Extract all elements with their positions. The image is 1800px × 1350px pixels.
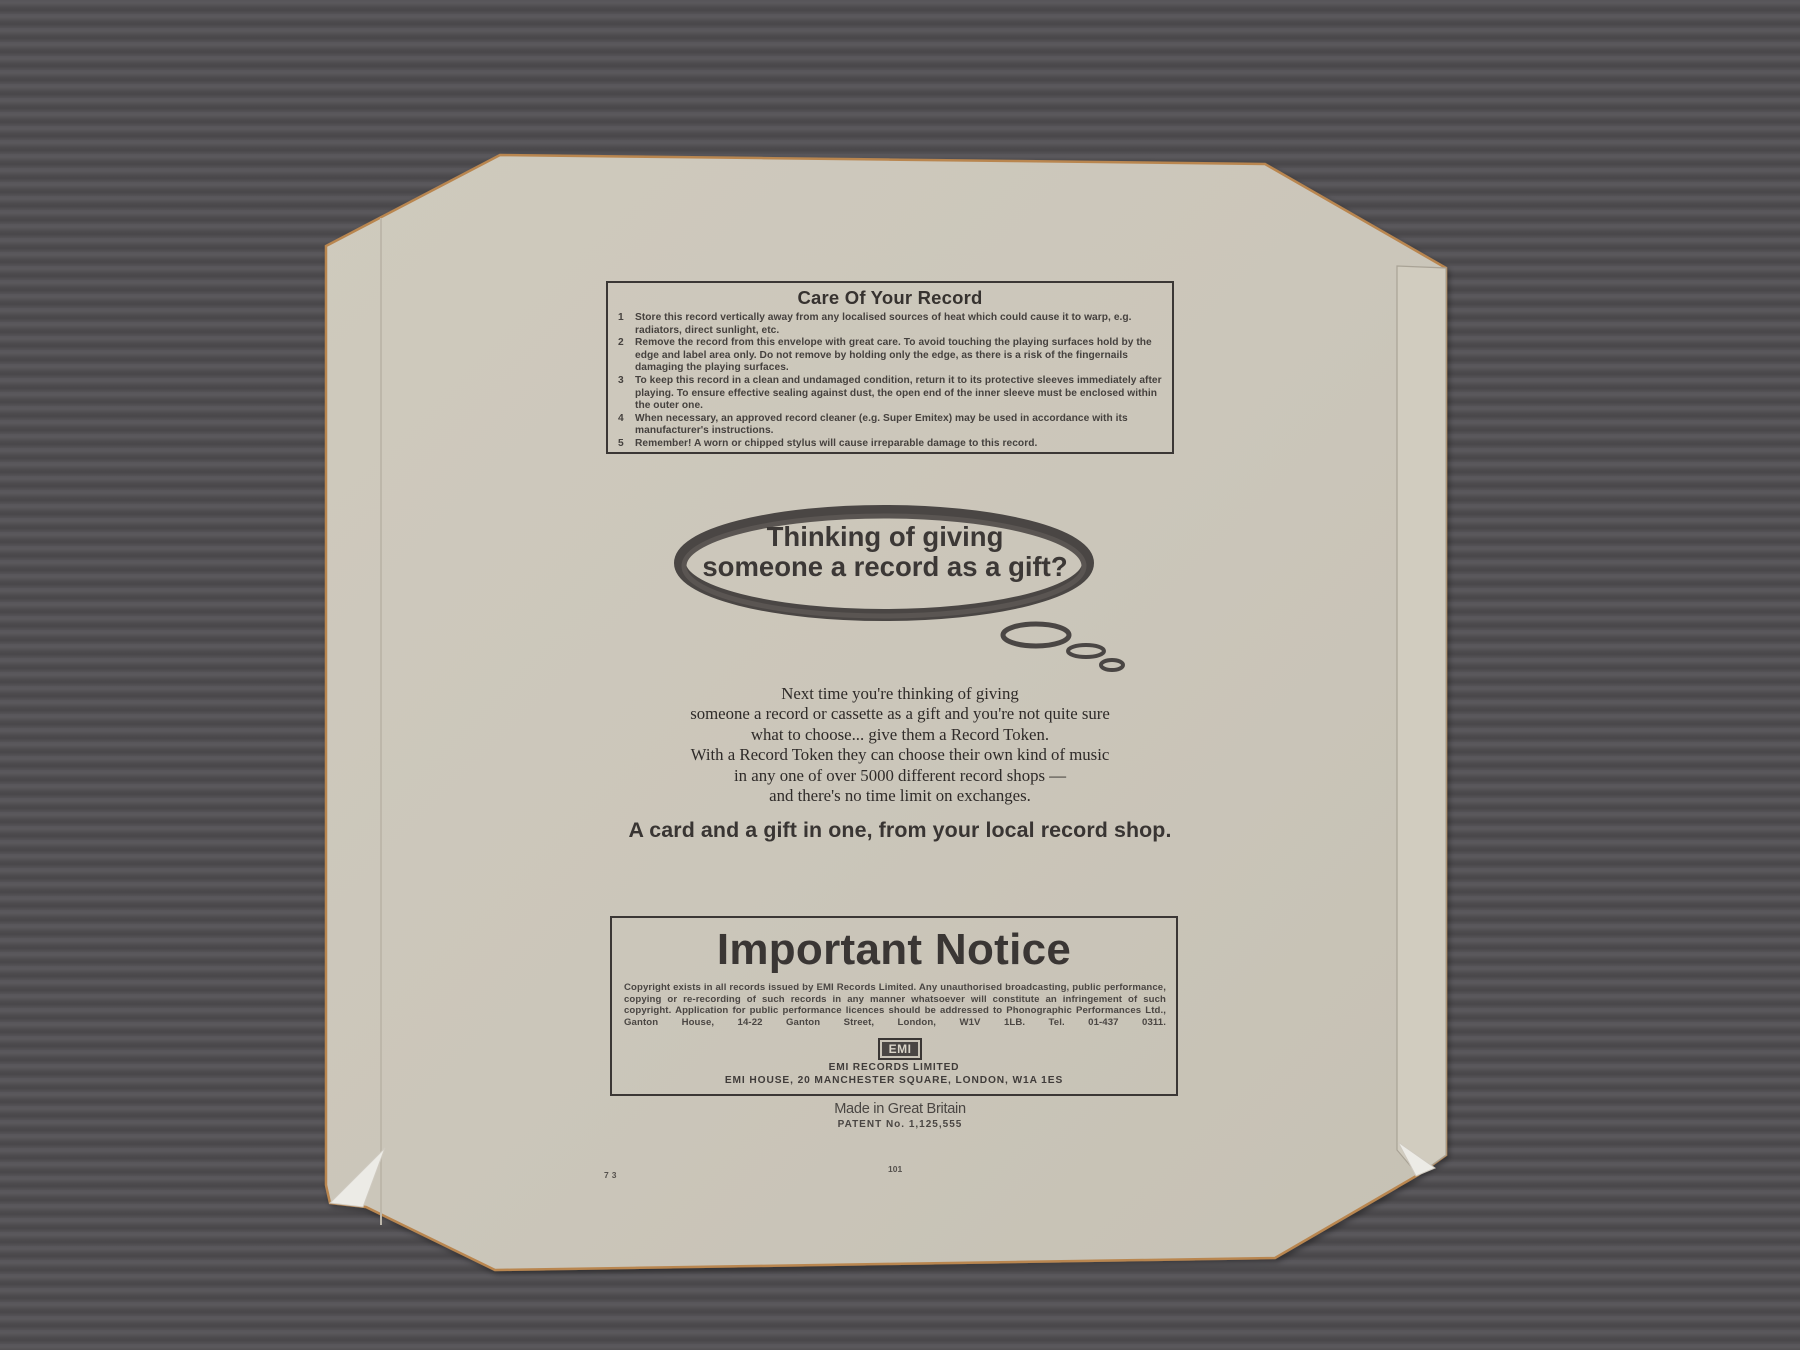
right-flap [1397, 266, 1446, 1175]
care-item-number: 2 [618, 337, 635, 375]
care-item-number: 4 [618, 413, 635, 438]
care-item-text: Store this record vertically away from a… [635, 312, 1162, 337]
care-list: 1 Store this record vertically away from… [618, 312, 1162, 451]
care-item: 4 When necessary, an approved record cle… [618, 413, 1162, 438]
ad-line: Next time you're thinking of giving [620, 684, 1180, 704]
care-item-number: 5 [618, 438, 635, 451]
ad-line: in any one of over 5000 different record… [620, 766, 1180, 786]
care-item-text: Remove the record from this envelope wit… [635, 337, 1162, 375]
emi-logo-text: EMI [882, 1042, 918, 1056]
ad-line: someone a record or cassette as a gift a… [620, 704, 1180, 724]
scene: Care Of Your Record 1 Store this record … [0, 0, 1800, 1350]
care-item-text: When necessary, an approved record clean… [635, 413, 1162, 438]
notice-title: Important Notice [612, 925, 1176, 975]
record-token-ad: Next time you're thinking of giving some… [620, 684, 1180, 806]
care-item: 3 To keep this record in a clean and und… [618, 375, 1162, 413]
made-in-label: Made in Great Britain [760, 1101, 1040, 1117]
print-code-center: 101 [888, 1164, 902, 1174]
copyright-notice: Copyright exists in all records issued b… [624, 982, 1166, 1028]
print-code-left: 73 [604, 1170, 619, 1180]
care-item-number: 3 [618, 375, 635, 413]
gift-question-line-2: someone a record as a gift? [690, 552, 1080, 582]
company-address: EMI HOUSE, 20 MANCHESTER SQUARE, LONDON,… [612, 1075, 1176, 1086]
care-title: Care Of Your Record [618, 287, 1162, 309]
care-item-number: 1 [618, 312, 635, 337]
care-item: 5 Remember! A worn or chipped stylus wil… [618, 438, 1162, 451]
ad-line: With a Record Token they can choose thei… [620, 745, 1180, 765]
care-item-text: To keep this record in a clean and undam… [635, 375, 1162, 413]
care-item: 2 Remove the record from this envelope w… [618, 337, 1162, 375]
ad-line: and there's no time limit on exchanges. [620, 786, 1180, 806]
important-notice-box: Important Notice Copyright exists in all… [610, 916, 1178, 1096]
ad-line: what to choose... give them a Record Tok… [620, 725, 1180, 745]
gift-question-line-1: Thinking of giving [690, 522, 1080, 552]
gift-question: Thinking of giving someone a record as a… [690, 522, 1080, 582]
record-sleeve [0, 0, 1800, 1350]
care-item-text: Remember! A worn or chipped stylus will … [635, 438, 1162, 451]
company-name: EMI RECORDS LIMITED [612, 1062, 1176, 1073]
emi-logo-icon: EMI [878, 1038, 922, 1060]
care-of-record-box: Care Of Your Record 1 Store this record … [606, 281, 1174, 454]
patent-number: PATENT No. 1,125,555 [760, 1119, 1040, 1130]
care-item: 1 Store this record vertically away from… [618, 312, 1162, 337]
ad-tagline: A card and a gift in one, from your loca… [600, 818, 1200, 843]
